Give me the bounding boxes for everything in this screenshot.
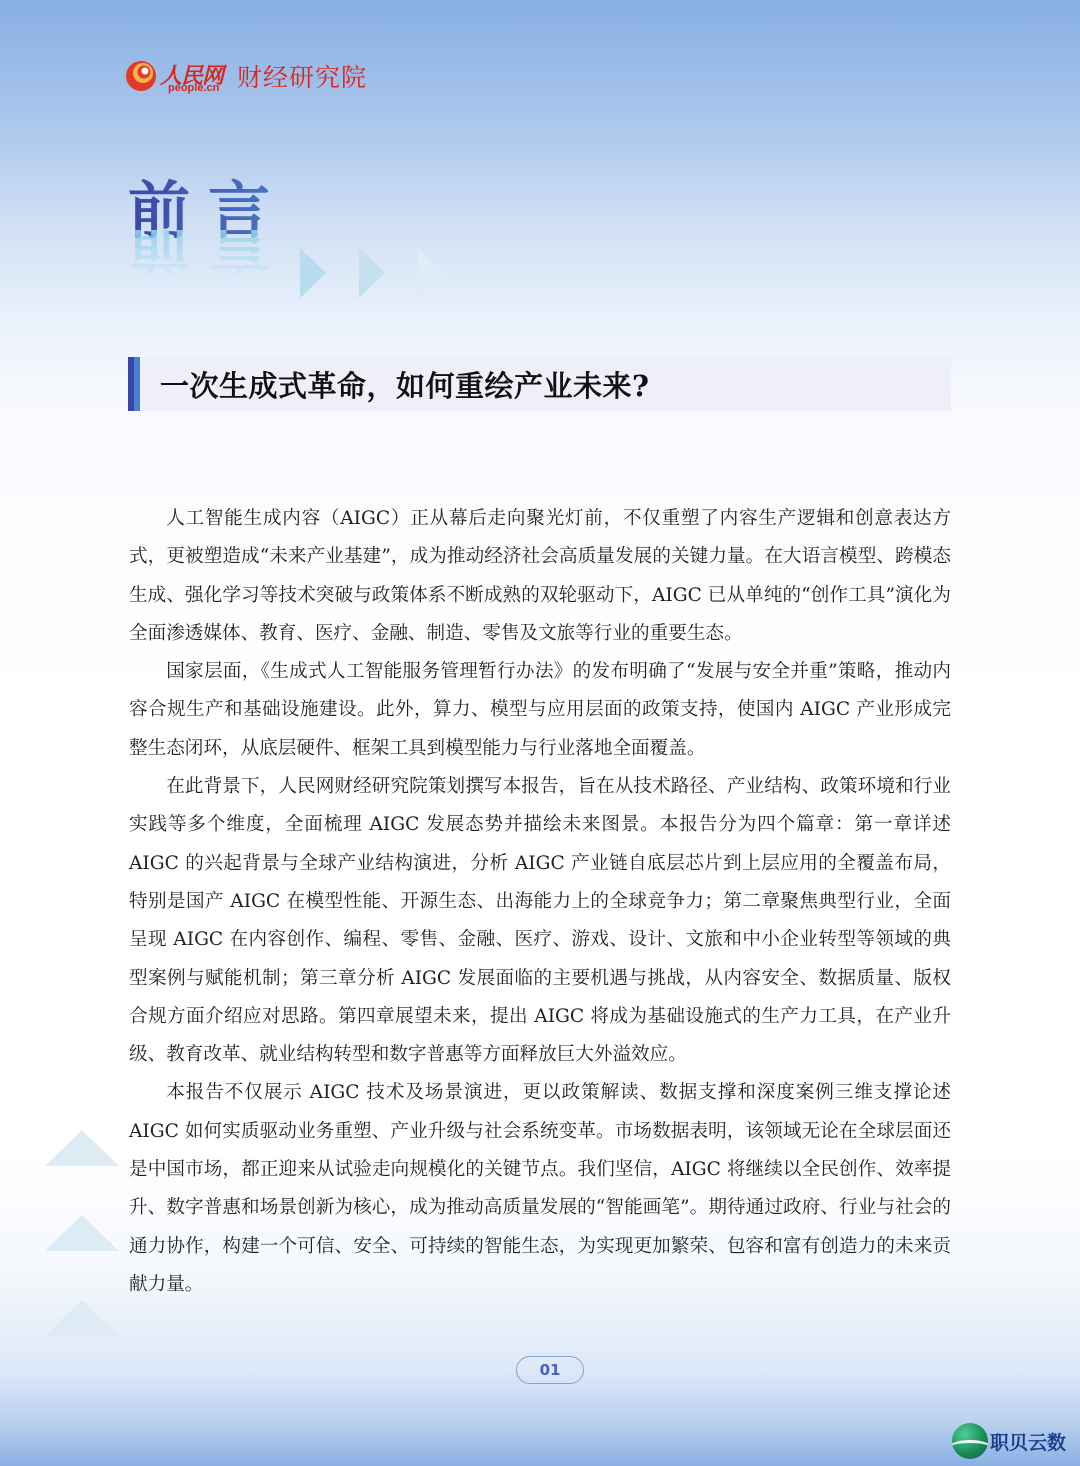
triangle-decoration-icon xyxy=(45,1215,119,1251)
page-number: 01 xyxy=(516,1356,584,1384)
watermark: 职贝云数 xyxy=(952,1423,1066,1459)
watermark-text: 职贝云数 xyxy=(990,1428,1066,1455)
body-text: 人工智能生成内容（AIGC）正从幕后走向聚光灯前，不仅重塑了内容生产逻辑和创意表… xyxy=(129,500,951,1304)
play-arrow-icon xyxy=(418,248,444,298)
triangle-decoration-icon xyxy=(45,1300,119,1336)
page-title-reflection: 前言 xyxy=(128,230,288,280)
institute-name: 财经研究院 xyxy=(237,58,367,94)
paragraph: 国家层面，《生成式人工智能服务管理暂行办法》的发布明确了“发展与安全并重”策略，… xyxy=(129,653,951,768)
subtitle-bar: 一次生成式革命，如何重绘产业未来? xyxy=(128,357,951,411)
play-arrow-icon xyxy=(300,248,326,298)
paragraph: 本报告不仅展示 AIGC 技术及场景演进，更以政策解读、数据支撑和深度案例三维支… xyxy=(129,1074,951,1304)
paragraph: 在此背景下，人民网财经研究院策划撰写本报告，旨在从技术路径、产业结构、政策环境和… xyxy=(129,768,951,1074)
subtitle: 一次生成式革命，如何重绘产业未来? xyxy=(160,364,650,405)
play-arrow-icon xyxy=(359,248,385,298)
logo-domain: people.cn xyxy=(168,82,219,94)
globe-wave-icon xyxy=(952,1423,988,1459)
paragraph: 人工智能生成内容（AIGC）正从幕后走向聚光灯前，不仅重塑了内容生产逻辑和创意表… xyxy=(129,500,951,653)
preface-heading: 前言 前言 xyxy=(128,178,288,280)
people-logo-icon xyxy=(124,59,158,93)
decorative-arrows xyxy=(300,248,444,298)
triangle-decoration-icon xyxy=(45,1130,119,1166)
subtitle-accent-bar xyxy=(128,357,140,411)
logo: 人民网 people.cn 财经研究院 xyxy=(124,56,367,96)
